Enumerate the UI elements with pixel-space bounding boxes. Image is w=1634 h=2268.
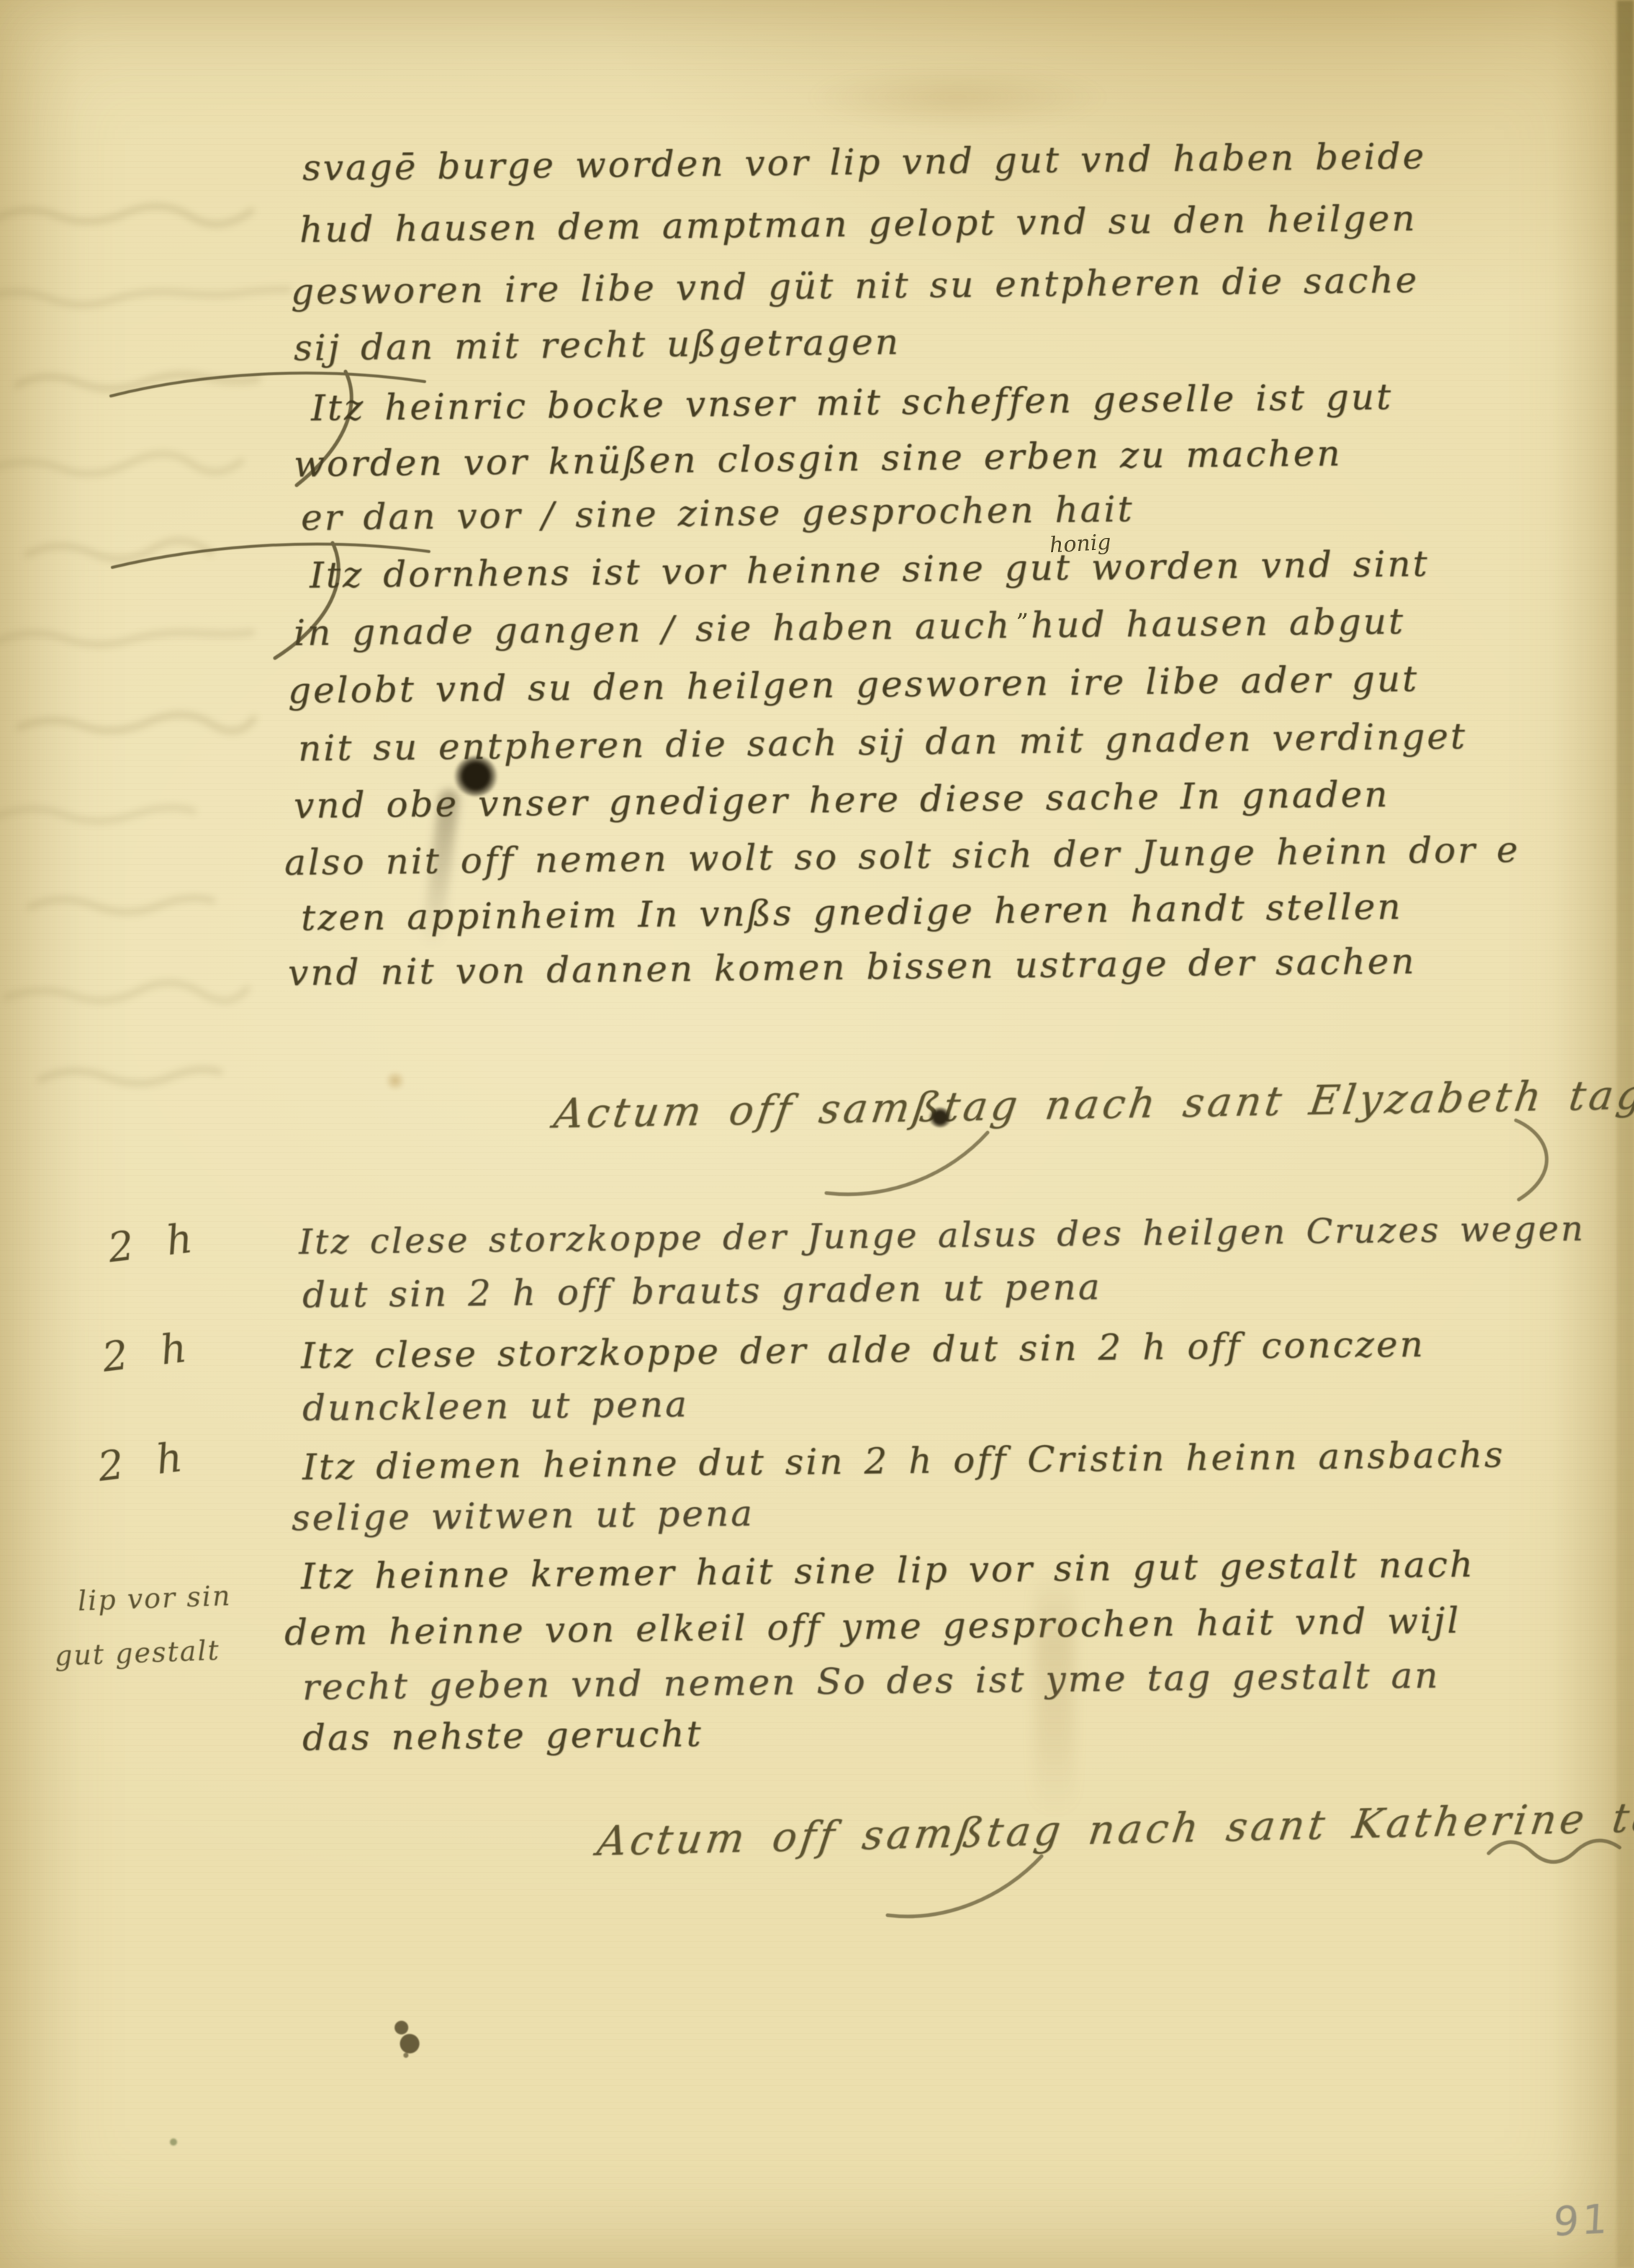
- ink-blot: [453, 756, 498, 796]
- stain-patch: [806, 65, 1109, 130]
- manuscript-line: das nehste gerucht: [302, 1713, 703, 1759]
- ink-blot: [929, 1107, 952, 1128]
- heading-flourish: [1484, 1822, 1628, 1872]
- foxing-spot: [170, 2138, 177, 2146]
- manuscript-line: er dan vor / sine zinse gesprochen hait: [301, 488, 1134, 539]
- page-edge-shadow: [1617, 0, 1634, 2268]
- manuscript-line: sij dan mit recht ußgetragen: [294, 321, 900, 369]
- stain-streak: [1035, 1570, 1074, 1814]
- foxing-spot: [384, 1071, 406, 1090]
- folio-number: 91: [1552, 2196, 1612, 2246]
- margin-note-line: gut gestalt: [54, 1634, 220, 1672]
- small-ink-splotch: [389, 2016, 426, 2061]
- manuscript-line: dut sin 2 h off brauts graden ut pena: [302, 1266, 1102, 1316]
- manuscript-line: dunckleen ut pena: [302, 1383, 689, 1429]
- margin-note-line: lip vor sin: [77, 1580, 232, 1616]
- manuscript-page: svagē burge worden vor lip vnd gut vnd h…: [0, 0, 1634, 2268]
- heading-flourish: [1504, 1115, 1584, 1208]
- heading-flourish: [882, 1852, 1047, 1935]
- heading-flourish: [821, 1127, 993, 1213]
- manuscript-line: selige witwen ut pena: [292, 1493, 754, 1539]
